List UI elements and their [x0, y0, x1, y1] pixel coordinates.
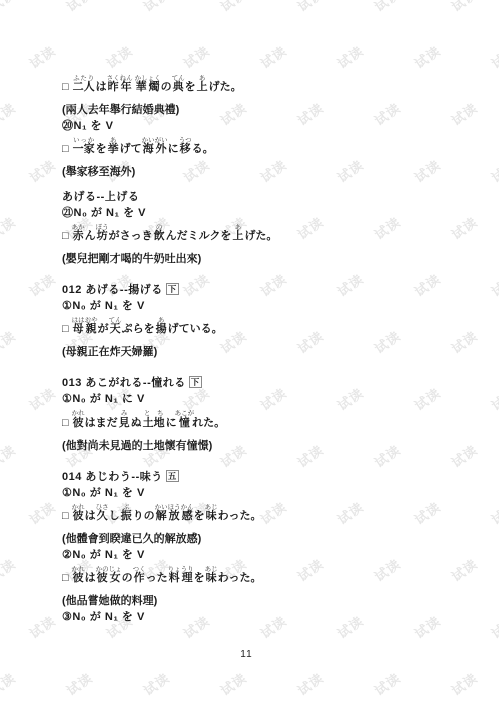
trial-watermark: 试读 [216, 668, 250, 700]
trial-watermark: 试读 [370, 668, 404, 700]
trial-watermark: 试读 [293, 668, 327, 700]
trial-watermark: 试读 [25, 383, 59, 415]
example-line: □一家いっかを挙あげて海外かいがいに移うつる。 [62, 137, 422, 156]
example-checkbox-glyph: □ [62, 230, 69, 242]
example-checkbox-glyph: □ [62, 323, 69, 335]
entry-line: 014 あじわう--味う五 [62, 470, 422, 484]
trial-watermark: 试读 [62, 0, 96, 15]
example-line: □彼かれは彼女かのじょの作つくった料理りょうりを味あじわった。 [62, 566, 422, 585]
trial-watermark: 试读 [0, 440, 19, 472]
trial-watermark: 试读 [447, 98, 481, 130]
pattern-line: ㉑N₀ が N₁ を V [62, 207, 422, 220]
trial-watermark: 试读 [0, 98, 19, 130]
trial-watermark: 试读 [487, 41, 499, 73]
translation-line: (嬰兒把剛才喝的牛奶吐出來) [62, 253, 422, 266]
trial-watermark: 试读 [370, 0, 404, 15]
trial-watermark: 试读 [333, 41, 367, 73]
trial-watermark: 试读 [62, 668, 96, 700]
trial-watermark: 试读 [410, 41, 444, 73]
translation-line: (舉家移至海外) [62, 166, 422, 179]
example-line: □母親ははおやが天てんぷらを揚あげている。 [62, 317, 422, 336]
trial-watermark: 试读 [447, 440, 481, 472]
conjugation-class-box: 下 [189, 376, 202, 388]
trial-watermark: 试读 [25, 41, 59, 73]
example-line: □二人ふたりは昨年さくねん華燭かしょくの典てんを上あげた。 [62, 75, 422, 94]
trial-watermark: 试读 [102, 41, 136, 73]
example-checkbox-glyph: □ [62, 143, 69, 155]
pattern-line: ①N₀ が N₁ を V [62, 300, 422, 313]
pattern-line: ①N₀ が N₁ を V [62, 487, 422, 500]
pattern-line: ②N₀ が N₁ を V [62, 549, 422, 562]
trial-watermark: 试读 [0, 326, 19, 358]
trial-watermark: 试读 [487, 155, 499, 187]
trial-watermark: 试读 [25, 269, 59, 301]
trial-watermark: 试读 [487, 269, 499, 301]
translation-line: (母親正在炸天婦羅) [62, 346, 422, 359]
trial-watermark: 试读 [256, 41, 290, 73]
translation-line: (兩人去年舉行結婚典禮) [62, 104, 422, 117]
trial-watermark: 试读 [0, 668, 19, 700]
trial-watermark: 试读 [25, 497, 59, 529]
example-line: □赤あかん坊ぼうがさっき飲のんだミルクを上あげた。 [62, 224, 422, 243]
entry-line: 012 あげる--揚げる下 [62, 283, 422, 297]
translation-line: (他對尚未見過的土地懷有憧憬) [62, 440, 422, 453]
trial-watermark: 试读 [139, 0, 173, 15]
example-checkbox-glyph: □ [62, 417, 69, 429]
example-checkbox-glyph: □ [62, 510, 69, 522]
conjugation-class-box: 下 [166, 283, 179, 295]
pattern-line: ③N₀ が N₁ を V [62, 611, 422, 624]
trial-watermark: 试读 [0, 554, 19, 586]
trial-watermark: 试读 [25, 611, 59, 643]
entry-line: 013 あこがれる--憧れる下 [62, 376, 422, 390]
trial-watermark: 试读 [487, 497, 499, 529]
example-checkbox-glyph: □ [62, 81, 69, 93]
trial-watermark: 试读 [447, 554, 481, 586]
trial-watermark: 试读 [293, 0, 327, 15]
trial-watermark: 试读 [0, 0, 19, 15]
trial-watermark: 试读 [487, 383, 499, 415]
trial-watermark: 试读 [447, 0, 481, 15]
trial-watermark: 试读 [447, 212, 481, 244]
translation-line: (他體會到睽違已久的解放感) [62, 533, 422, 546]
dictionary-content: □二人ふたりは昨年さくねん華燭かしょくの典てんを上あげた。(兩人去年舉行結婚典禮… [62, 71, 422, 624]
translation-line: (他品嘗她做的料理) [62, 595, 422, 608]
pattern-line: ①N₀ が N₁ に V [62, 393, 422, 406]
subheader-line: あげる--上げる [62, 191, 422, 204]
example-line: □彼かれは久ひさし振ぶりの解放感かいほうかんを味あじわった。 [62, 504, 422, 523]
conjugation-class-box: 五 [166, 470, 179, 482]
example-checkbox-glyph: □ [62, 572, 69, 584]
trial-watermark: 试读 [216, 0, 250, 15]
trial-watermark: 试读 [25, 155, 59, 187]
page-number: 11 [0, 649, 493, 660]
trial-watermark: 试读 [139, 668, 173, 700]
example-line: □彼かれはまだ見みぬ土地と ちに憧あこがれた。 [62, 410, 422, 430]
trial-watermark: 试读 [447, 668, 481, 700]
document-page: 试读试读试读试读试读试读试读试读试读试读试读试读试读试读试读试读试读试读试读试读… [0, 0, 499, 706]
pattern-line: ⑳N₁ を V [62, 120, 422, 133]
trial-watermark: 试读 [0, 212, 19, 244]
trial-watermark: 试读 [447, 326, 481, 358]
trial-watermark: 试读 [179, 41, 213, 73]
trial-watermark: 试读 [487, 611, 499, 643]
